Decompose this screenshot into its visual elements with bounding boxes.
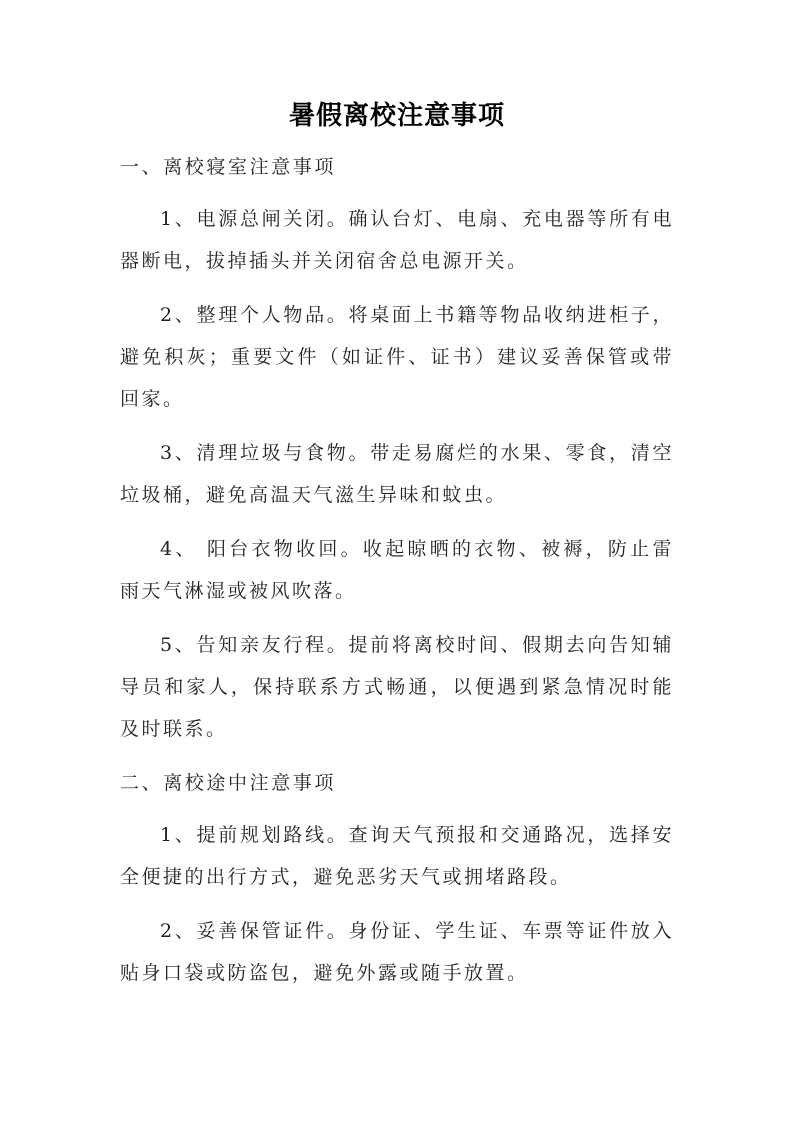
section-heading: 二、离校途中注意事项 [120, 762, 674, 804]
list-item: 1、电源总闸关闭。确认台灯、电扇、充电器等所有电器断电，拔掉插头并关闭宿舍总电源… [120, 198, 674, 282]
list-item: 3、清理垃圾与食物。带走易腐烂的水果、零食，清空垃圾桶，避免高温天气滋生异味和蚊… [120, 432, 674, 516]
document-title: 暑假离校注意事项 [120, 96, 674, 136]
list-item: 2、整理个人物品。将桌面上书籍等物品收纳进柜子，避免积灰；重要文件（如证件、证书… [120, 294, 674, 420]
section-heading: 一、离校寝室注意事项 [120, 146, 674, 188]
section-dorm: 一、离校寝室注意事项 1、电源总闸关闭。确认台灯、电扇、充电器等所有电器断电，拔… [120, 146, 674, 750]
document-page: 暑假离校注意事项 一、离校寝室注意事项 1、电源总闸关闭。确认台灯、电扇、充电器… [120, 96, 674, 1006]
list-item: 4、 阳台衣物收回。收起晾晒的衣物、被褥，防止雷雨天气淋湿或被风吹落。 [120, 528, 674, 612]
list-item: 5、告知亲友行程。提前将离校时间、假期去向告知辅导员和家人，保持联系方式畅通，以… [120, 624, 674, 750]
section-travel: 二、离校途中注意事项 1、提前规划路线。查询天气预报和交通路况，选择安全便捷的出… [120, 762, 674, 994]
list-item: 1、提前规划路线。查询天气预报和交通路况，选择安全便捷的出行方式，避免恶劣天气或… [120, 814, 674, 898]
list-item: 2、妥善保管证件。身份证、学生证、车票等证件放入贴身口袋或防盗包，避免外露或随手… [120, 910, 674, 994]
